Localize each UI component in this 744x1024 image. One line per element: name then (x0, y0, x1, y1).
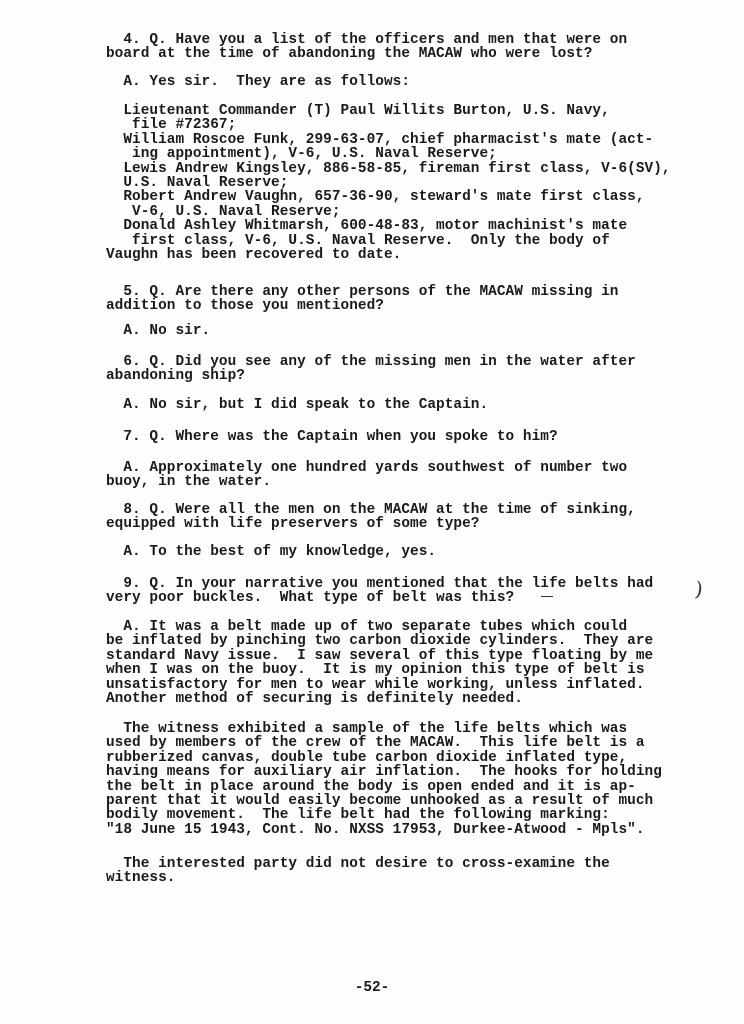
text-line: William Roscoe Funk, 299-63-07, chief ph… (106, 133, 726, 147)
text-line: parent that it would easily become unhoo… (106, 794, 726, 808)
page-number: -52- (0, 980, 744, 996)
text-line: 8. Q. Were all the men on the MACAW at t… (106, 503, 726, 517)
text-line: The witness exhibited a sample of the li… (106, 722, 726, 736)
paragraph-a5: A. No sir. (106, 324, 726, 338)
text-line: unsatisfactory for men to wear while wor… (106, 678, 726, 692)
text-line: file #72367; (106, 118, 726, 132)
text-line: U.S. Naval Reserve; (106, 176, 726, 190)
text-line: Robert Andrew Vaughn, 657-36-90, steward… (106, 190, 726, 204)
text-line: A. To the best of my knowledge, yes. (106, 545, 726, 559)
text-line: "18 June 15 1943, Cont. No. NXSS 17953, … (106, 823, 726, 837)
paragraph-q7: 7. Q. Where was the Captain when you spo… (106, 430, 726, 444)
text-line: 5. Q. Are there any other persons of the… (106, 285, 726, 299)
text-line: Vaughn has been recovered to date. (106, 248, 726, 262)
paragraph-q6: 6. Q. Did you see any of the missing men… (106, 355, 726, 384)
text-line: rubberized canvas, double tube carbon di… (106, 751, 726, 765)
text-line: used by members of the crew of the MACAW… (106, 736, 726, 750)
paragraph-q9: 9. Q. In your narrative you mentioned th… (106, 577, 726, 606)
text-line: having means for auxiliary air inflation… (106, 765, 726, 779)
text-line: board at the time of abandoning the MACA… (106, 47, 726, 61)
text-line: abandoning ship? (106, 369, 726, 383)
text-line: standard Navy issue. I saw several of th… (106, 649, 726, 663)
text-line: Lewis Andrew Kingsley, 886-58-85, firema… (106, 162, 726, 176)
paragraph-q5: 5. Q. Are there any other persons of the… (106, 285, 726, 314)
text-line: 4. Q. Have you a list of the officers an… (106, 33, 726, 47)
text-line: addition to those you mentioned? (106, 299, 726, 313)
text-line: Lieutenant Commander (T) Paul Willits Bu… (106, 104, 726, 118)
text-line: bodily movement. The life belt had the f… (106, 808, 726, 822)
text-line: be inflated by pinching two carbon dioxi… (106, 634, 726, 648)
text-line: A. Approximately one hundred yards south… (106, 461, 726, 475)
paragraph-exhibit: The witness exhibited a sample of the li… (106, 722, 726, 837)
text-line: when I was on the buoy. It is my opinion… (106, 663, 726, 677)
paragraph-q8: 8. Q. Were all the men on the MACAW at t… (106, 503, 726, 532)
paragraph-list: Lieutenant Commander (T) Paul Willits Bu… (106, 104, 726, 262)
text-line: buoy, in the water. (106, 475, 726, 489)
text-line: the belt in place around the body is ope… (106, 780, 726, 794)
text-line: first class, V-6, U.S. Naval Reserve. On… (106, 234, 726, 248)
text-line: A. No sir, but I did speak to the Captai… (106, 398, 726, 412)
document-page: 4. Q. Have you a list of the officers an… (0, 0, 744, 1024)
paragraph-a8: A. To the best of my knowledge, yes. (106, 545, 726, 559)
paragraph-closing: The interested party did not desire to c… (106, 857, 726, 886)
text-line: 6. Q. Did you see any of the missing men… (106, 355, 726, 369)
text-line: A. Yes sir. They are as follows: (106, 75, 726, 89)
text-line: witness. (106, 871, 726, 885)
paragraph-a9: A. It was a belt made up of two separate… (106, 620, 726, 706)
paragraph-q4: 4. Q. Have you a list of the officers an… (106, 33, 726, 62)
text-line: A. No sir. (106, 324, 726, 338)
text-line: 7. Q. Where was the Captain when you spo… (106, 430, 726, 444)
text-line: V-6, U.S. Naval Reserve; (106, 205, 726, 219)
text-line: Another method of securing is definitely… (106, 692, 726, 706)
paragraph-a7: A. Approximately one hundred yards south… (106, 461, 726, 490)
text-line: ing appointment), V-6, U.S. Naval Reserv… (106, 147, 726, 161)
text-line: Donald Ashley Whitmarsh, 600-48-83, moto… (106, 219, 726, 233)
paragraph-a4: A. Yes sir. They are as follows: (106, 75, 726, 89)
text-line: The interested party did not desire to c… (106, 857, 726, 871)
text-line: A. It was a belt made up of two separate… (106, 620, 726, 634)
handwritten-underline-mark (541, 596, 553, 597)
text-line: equipped with life preservers of some ty… (106, 517, 726, 531)
paragraph-a6: A. No sir, but I did speak to the Captai… (106, 398, 726, 412)
text-line: very poor buckles. What type of belt was… (106, 591, 726, 605)
text-line: 9. Q. In your narrative you mentioned th… (106, 577, 726, 591)
